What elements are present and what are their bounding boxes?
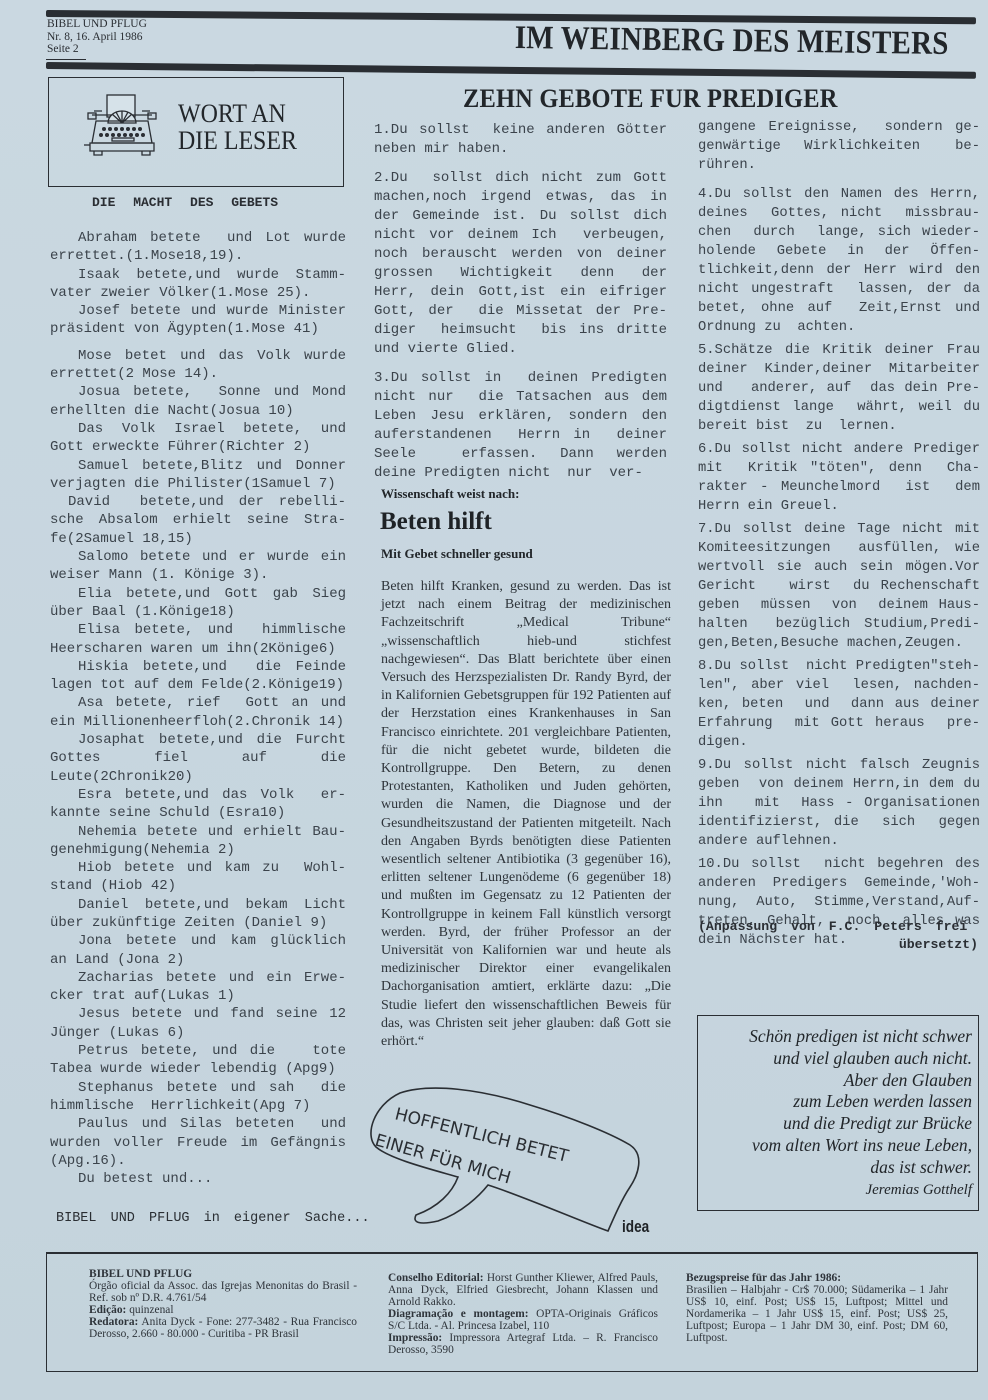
bezug-label: Bezugspreise für das Jahr 1986: <box>686 1272 948 1284</box>
paragraph: Hiob betete und kam zu Wohl-stand (Hiob … <box>50 859 346 896</box>
masthead-info: BIBEL UND PFLUG Nr. 8, 16. April 1986 Se… <box>47 18 147 56</box>
beten-hilft-subhead: Mit Gebet schneller gesund <box>381 546 533 562</box>
conselho-label: Conselho Editorial: <box>388 1272 484 1284</box>
paragraph: Salomo betete und er wurde ein weiser Ma… <box>50 548 346 585</box>
paragraph: Nehemia betete und erhielt Bau-genehmigu… <box>50 823 346 860</box>
commandment: 7.Du sollst deine Tage nicht mit Komitee… <box>698 520 980 653</box>
commandment: 4.Du sollst den Namen des Herrn, deines … <box>698 185 980 337</box>
quote-line: vom alten Wort ins neue Leben, <box>700 1135 972 1157</box>
commandment: 2.Du sollst dich nicht zum Gott machen,n… <box>374 169 667 359</box>
quote-line: Aber den Glauben <box>700 1070 972 1092</box>
quote-line: das ist schwer. <box>700 1157 972 1179</box>
typewriter-icon <box>82 93 162 161</box>
impressum-col2: Conselho Editorial: Horst Gunther Kliewe… <box>388 1272 658 1356</box>
redatora-label: Redatora: <box>89 1316 138 1328</box>
commandment: 3.Du sollst in deinen Predigten nicht nu… <box>374 369 667 483</box>
edicao-value: quinzenal <box>129 1304 173 1316</box>
publication-name: BIBEL UND PFLUG <box>47 18 147 31</box>
attribution-line1: (Anpassung von F.C. Peters frei <box>698 918 978 936</box>
beten-hilft-headline: Beten hilft <box>380 508 492 536</box>
zehn-gebote-title: ZEHN GEBOTE FUR PREDIGER <box>463 84 838 114</box>
quote-line: Schön predigen ist nicht schwer <box>700 1026 972 1048</box>
impressum-name: BIBEL UND PFLUG <box>89 1268 357 1280</box>
paragraph: Zacharias betete und ein Erwe-cker trat … <box>50 969 346 1006</box>
quote-line: und viel glauben auch nicht. <box>700 1048 972 1070</box>
source-idea: idea <box>622 1217 649 1237</box>
zehn-gebote-col3: gangene Ereignisse, sondern ge-genwärtig… <box>698 118 980 950</box>
diagramacao-label: Diagramação e montagem: <box>388 1308 529 1320</box>
paragraph: Petrus betete, und die tote Tabea wurde … <box>50 1042 346 1079</box>
wort-title-line1: WORT AN <box>178 100 297 127</box>
in-eigener-sache-line: BIBEL UND PFLUG in eigener Sache... <box>56 1211 370 1226</box>
macht-des-gebets-subhead: DIE MACHT DES GEBETS <box>92 195 278 210</box>
quote-line: und die Predigt zur Brücke <box>700 1113 972 1135</box>
beten-hilft-body: Beten hilft Kranken, gesund zu werden. D… <box>381 578 671 1051</box>
paragraph: Samuel betete,Blitz und Donner verjagten… <box>50 457 346 494</box>
attribution-line2: übersetzt) <box>698 936 978 954</box>
gotthelf-quote: Schön predigen ist nicht schwer und viel… <box>700 1026 972 1201</box>
wort-an-die-leser-title: WORT AN DIE LESER <box>178 100 297 154</box>
paragraph: Daniel betete,und bekam Licht über zukün… <box>50 896 346 933</box>
commandment: 9.Du sollst nicht falsch Zeugnis geben v… <box>698 756 980 851</box>
paragraph: Hiskia betete,und die Feinde lagen tot a… <box>50 658 346 695</box>
paragraph: Jona betete und kam glücklich an Land (J… <box>50 932 346 969</box>
paragraph: Esra betete,und das Volk er-kannte seine… <box>50 786 346 823</box>
paragraph: Isaak betete,und wurde Stamm-vater zweie… <box>50 266 346 303</box>
wort-title-line2: DIE LESER <box>178 127 297 154</box>
masthead-thin-rule <box>46 59 86 60</box>
paragraph: Jesus betete und fand seine 12 Jünger (L… <box>50 1005 346 1042</box>
quote-author: Jeremias Gotthelf <box>700 1180 972 1202</box>
paragraph: Elia betete,und Gott gab Sieg über Baal … <box>50 585 346 622</box>
impressao-label: Impressão: <box>388 1332 442 1344</box>
impressum-col3: Bezugspreise für das Jahr 1986: Brasilie… <box>686 1272 948 1344</box>
impressum-org: Órgão oficial da Assoc. das Igrejas Meno… <box>89 1280 357 1304</box>
issue-date: Nr. 8, 16. April 1986 <box>47 31 147 44</box>
masthead-top-rule <box>46 10 976 24</box>
commandment: 5.Schätze die Kritik deiner Frau deiner … <box>698 341 980 436</box>
edicao-label: Edição: <box>89 1304 126 1316</box>
section-title: IM WEINBERG DES MEISTERS <box>515 20 949 63</box>
paragraph: Das Volk Israel betete, und Gott erweckt… <box>50 420 346 457</box>
paragraph: Josaphat betete,und die Furcht Gottes fi… <box>50 731 346 786</box>
commandment: 6.Du sollst nicht andere Prediger mit Kr… <box>698 440 980 516</box>
commandment: 1.Du sollst keine anderen Götter neben m… <box>374 121 667 159</box>
paragraph: Asa betete, rief Gott an und ein Million… <box>50 694 346 731</box>
speech-bubble-cartoon: HOFFENTLICH BETET EINER FÜR MICH <box>360 1075 650 1235</box>
commandment: gangene Ereignisse, sondern ge-genwärtig… <box>698 118 980 175</box>
paragraph: David betete,und der rebelli-sche Absalo… <box>50 493 346 548</box>
bezug-value: Brasilien – Halbjahr - Cr$ 70.000; Südam… <box>686 1284 948 1344</box>
zehn-gebote-col2: 1.Du sollst keine anderen Götter neben m… <box>374 121 667 483</box>
paragraph: Du betest und... <box>50 1170 346 1188</box>
commandment: 8.Du sollst nicht Predigten"steh-len", a… <box>698 657 980 752</box>
attribution: (Anpassung von F.C. Peters frei übersetz… <box>698 918 978 953</box>
page-number: Seite 2 <box>47 43 147 56</box>
paragraph: Josef betete und wurde Minister präsiden… <box>50 302 346 339</box>
paragraph: Stephanus betete und sah die himmlische … <box>50 1079 346 1116</box>
paragraph: Josua betete, Sonne und Mond erhellten d… <box>50 383 346 420</box>
impressum-col1: BIBEL UND PFLUG Órgão oficial da Assoc. … <box>89 1268 357 1340</box>
macht-des-gebets-body: Abraham betete und Lot wurde errettet.(1… <box>50 229 346 1188</box>
quote-line: zum Leben werden lassen <box>700 1091 972 1113</box>
beten-hilft-kicker: Wissenschaft weist nach: <box>381 486 519 502</box>
paragraph: Mose betet und das Volk wurde errettet(2… <box>50 347 346 384</box>
paragraph: Paulus und Silas beteten und wurden voll… <box>50 1115 346 1170</box>
paragraph: Elisa betete, und himmlische Heerscharen… <box>50 621 346 658</box>
paragraph: Abraham betete und Lot wurde errettet.(1… <box>50 229 346 266</box>
